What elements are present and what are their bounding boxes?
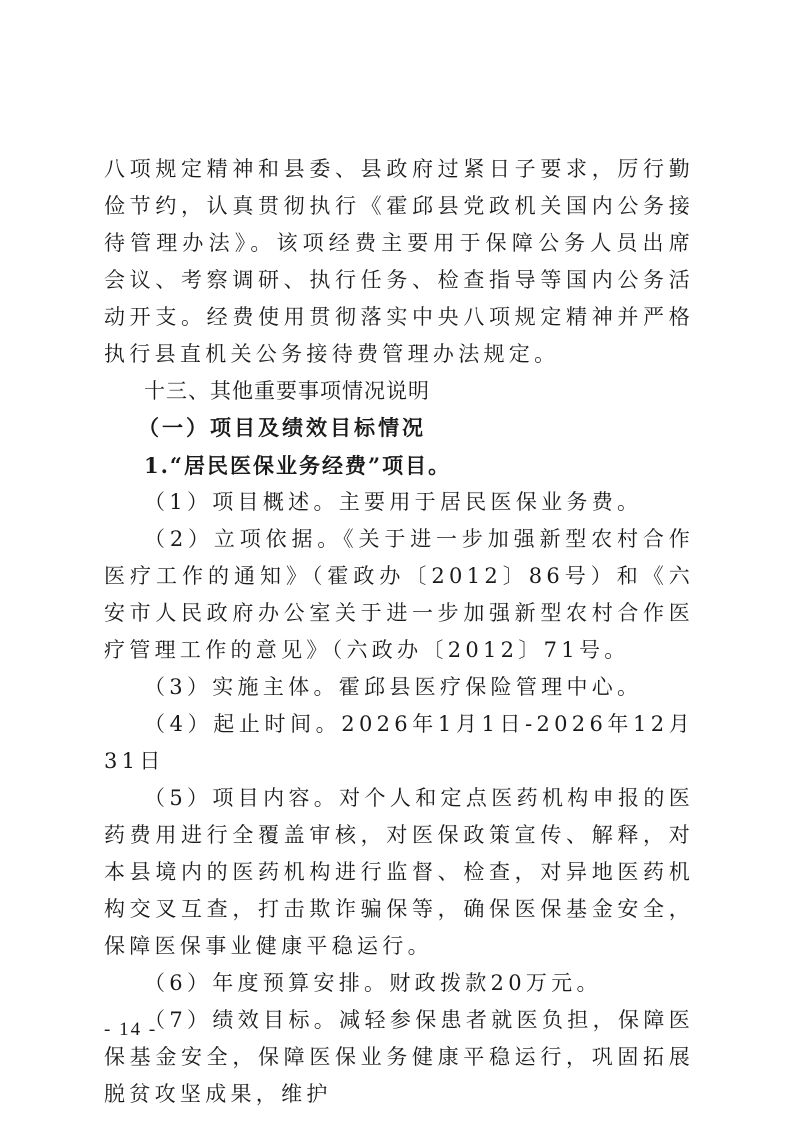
- paragraph-content: （5）项目内容。对个人和定点医药机构申报的医药费用进行全覆盖审核，对医保政策宣传…: [104, 780, 694, 965]
- paragraph-period: （4）起止时间。2026年1月1日-2026年12月31日: [104, 706, 694, 780]
- subsection-heading-1: （一）项目及绩效目标情况: [104, 410, 694, 447]
- page-number: - 14 -: [104, 1019, 157, 1041]
- section-heading-13: 十三、其他重要事项情况说明: [104, 373, 694, 410]
- paragraph-reception-expenses: 八项规定精神和县委、县政府过紧日子要求，厉行勤俭节约，认真贯彻执行《霍邱县党政机…: [104, 151, 694, 373]
- paragraph-budget: （6）年度预算安排。财政拨款20万元。: [104, 965, 694, 1002]
- document-body: 八项规定精神和县委、县政府过紧日子要求，厉行勤俭节约，认真贯彻执行《霍邱县党政机…: [104, 151, 694, 1113]
- project-heading-1: 1.“居民医保业务经费”项目。: [104, 447, 694, 484]
- paragraph-implementer: （3）实施主体。霍邱县医疗保险管理中心。: [104, 669, 694, 706]
- paragraph-overview: （1）项目概述。主要用于居民医保业务费。: [104, 484, 694, 521]
- paragraph-goals: （7）绩效目标。减轻参保患者就医负担，保障医保基金安全，保障医保业务健康平稳运行…: [104, 1002, 694, 1113]
- paragraph-basis: （2）立项依据。《关于进一步加强新型农村合作医疗工作的通知》（霍政办〔2012〕…: [104, 521, 694, 669]
